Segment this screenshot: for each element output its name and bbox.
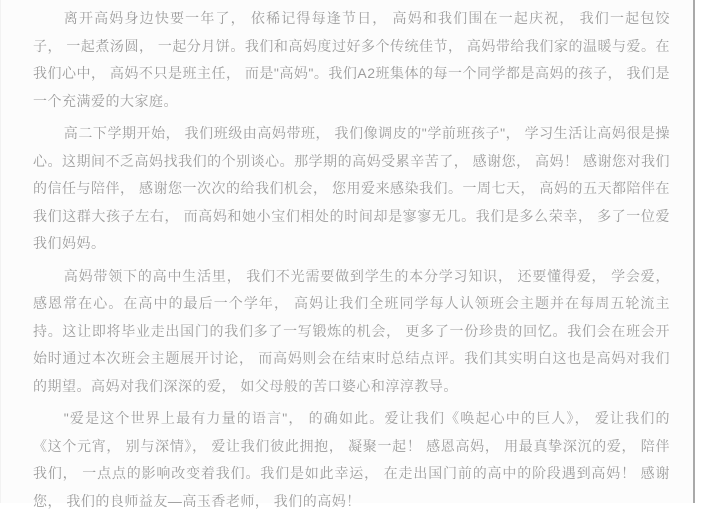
paragraph: 高二下学期开始， 我们班级由高妈带班， 我们像调皮的"学前班孩子"， 学习生活让… [33,120,670,258]
paragraph: 高妈带领下的高中生活里， 我们不光需要做到学生的本分学习知识， 还要懂得爱， 学… [33,263,670,401]
paragraph: 离开高妈身边快要一年了， 依稀记得每逢节日， 高妈和我们围在一起庆祝， 我们一起… [33,5,670,115]
paragraph: "爱是这个世界上最有力量的语言"， 的确如此。爱让我们《唤起心中的巨人》， 爱让… [33,405,670,503]
document-page: 离开高妈身边快要一年了， 依稀记得每逢节日， 高妈和我们围在一起庆祝， 我们一起… [0,0,695,503]
essay-body: 离开高妈身边快要一年了， 依稀记得每逢节日， 高妈和我们围在一起庆祝， 我们一起… [33,5,670,503]
